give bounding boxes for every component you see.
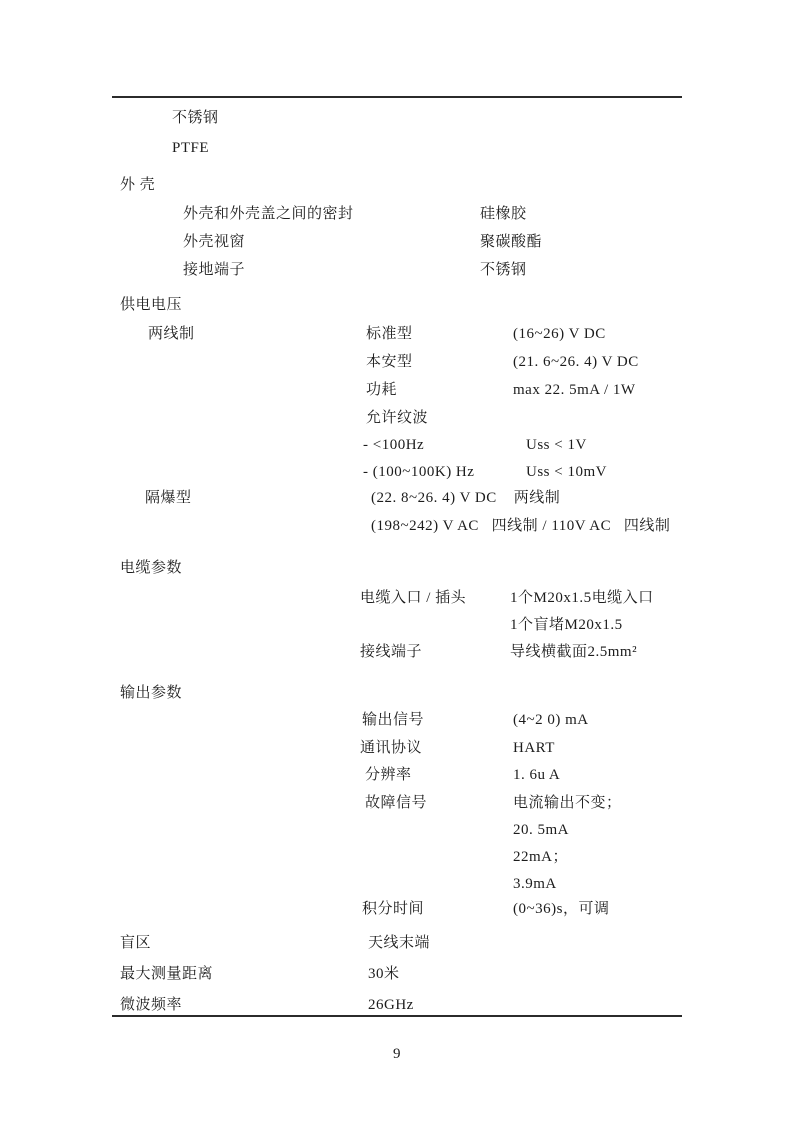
spec-label: 故障信号 [365, 793, 427, 813]
spec-label: 积分时间 [362, 899, 424, 919]
spec-value: 天线末端 [368, 933, 430, 953]
spec-value: 30米 [368, 964, 400, 984]
spec-value: 不锈钢 [480, 260, 527, 280]
cable-section-title: 电缆参数 [120, 558, 182, 578]
spec-label: 电缆入口 / 插头 [360, 588, 466, 608]
spec-value: (16~26) V DC [513, 324, 606, 344]
spec-value: (198~242) V AC 四线制 / 110V AC 四线制 [371, 516, 670, 536]
spec-value: (0~36)s，可调 [513, 899, 609, 919]
spec-label: 接地端子 [183, 260, 245, 280]
spec-label: 输出信号 [362, 710, 424, 730]
spec-value: 电流输出不变； [513, 793, 622, 813]
spec-value: 硅橡胶 [480, 204, 527, 224]
spec-label: 通讯协议 [360, 738, 422, 758]
spec-label: 标准型 [366, 324, 413, 344]
spec-label: 盲区 [120, 933, 151, 953]
spec-value: max 22. 5mA / 1W [513, 380, 636, 400]
two-wire-label: 两线制 [148, 324, 195, 344]
document-page: 不锈钢 PTFE 外 壳 外壳和外壳盖之间的密封 硅橡胶 外壳视窗 聚碳酸酯 接… [0, 0, 800, 1131]
spec-label: 外壳视窗 [183, 232, 245, 252]
spec-value: (22. 8~26. 4) V DC 两线制 [371, 488, 560, 508]
flameproof-label: 隔爆型 [145, 488, 192, 508]
page-number: 9 [393, 1044, 401, 1064]
spec-label: 最大测量距离 [120, 964, 213, 984]
spec-value: 导线横截面2.5mm² [510, 642, 637, 662]
spec-value: 22mA； [513, 847, 568, 867]
spec-label: - <100Hz [363, 435, 424, 455]
power-section-title: 供电电压 [120, 295, 182, 315]
spec-value: 1个盲堵M20x1.5 [510, 615, 623, 635]
spec-label: 微波频率 [120, 995, 182, 1015]
spec-label: 接线端子 [360, 642, 422, 662]
spec-value: 聚碳酸酯 [480, 232, 542, 252]
spec-value: Uss < 1V [526, 435, 587, 455]
spec-value: 3.9mA [513, 874, 557, 894]
spec-label: 外壳和外壳盖之间的密封 [183, 204, 354, 224]
spec-value: HART [513, 738, 555, 758]
housing-section-title: 外 壳 [120, 175, 155, 195]
bottom-rule [112, 1015, 682, 1017]
top-rule [112, 96, 682, 98]
spec-label: 分辨率 [365, 765, 412, 785]
spec-value: 26GHz [368, 995, 414, 1015]
output-section-title: 输出参数 [120, 683, 182, 703]
spec-value: (4~2 0) mA [513, 710, 589, 730]
spec-value: (21. 6~26. 4) V DC [513, 352, 639, 372]
spec-value: 1. 6u A [513, 765, 560, 785]
spec-value: Uss < 10mV [526, 462, 607, 482]
spec-value: 20. 5mA [513, 820, 569, 840]
material-item: PTFE [172, 138, 209, 158]
spec-value: 1个M20x1.5电缆入口 [510, 588, 654, 608]
material-item: 不锈钢 [172, 108, 219, 128]
spec-label: - (100~100K) Hz [363, 462, 474, 482]
spec-label: 本安型 [366, 352, 413, 372]
spec-label: 允许纹波 [366, 408, 428, 428]
spec-label: 功耗 [366, 380, 397, 400]
